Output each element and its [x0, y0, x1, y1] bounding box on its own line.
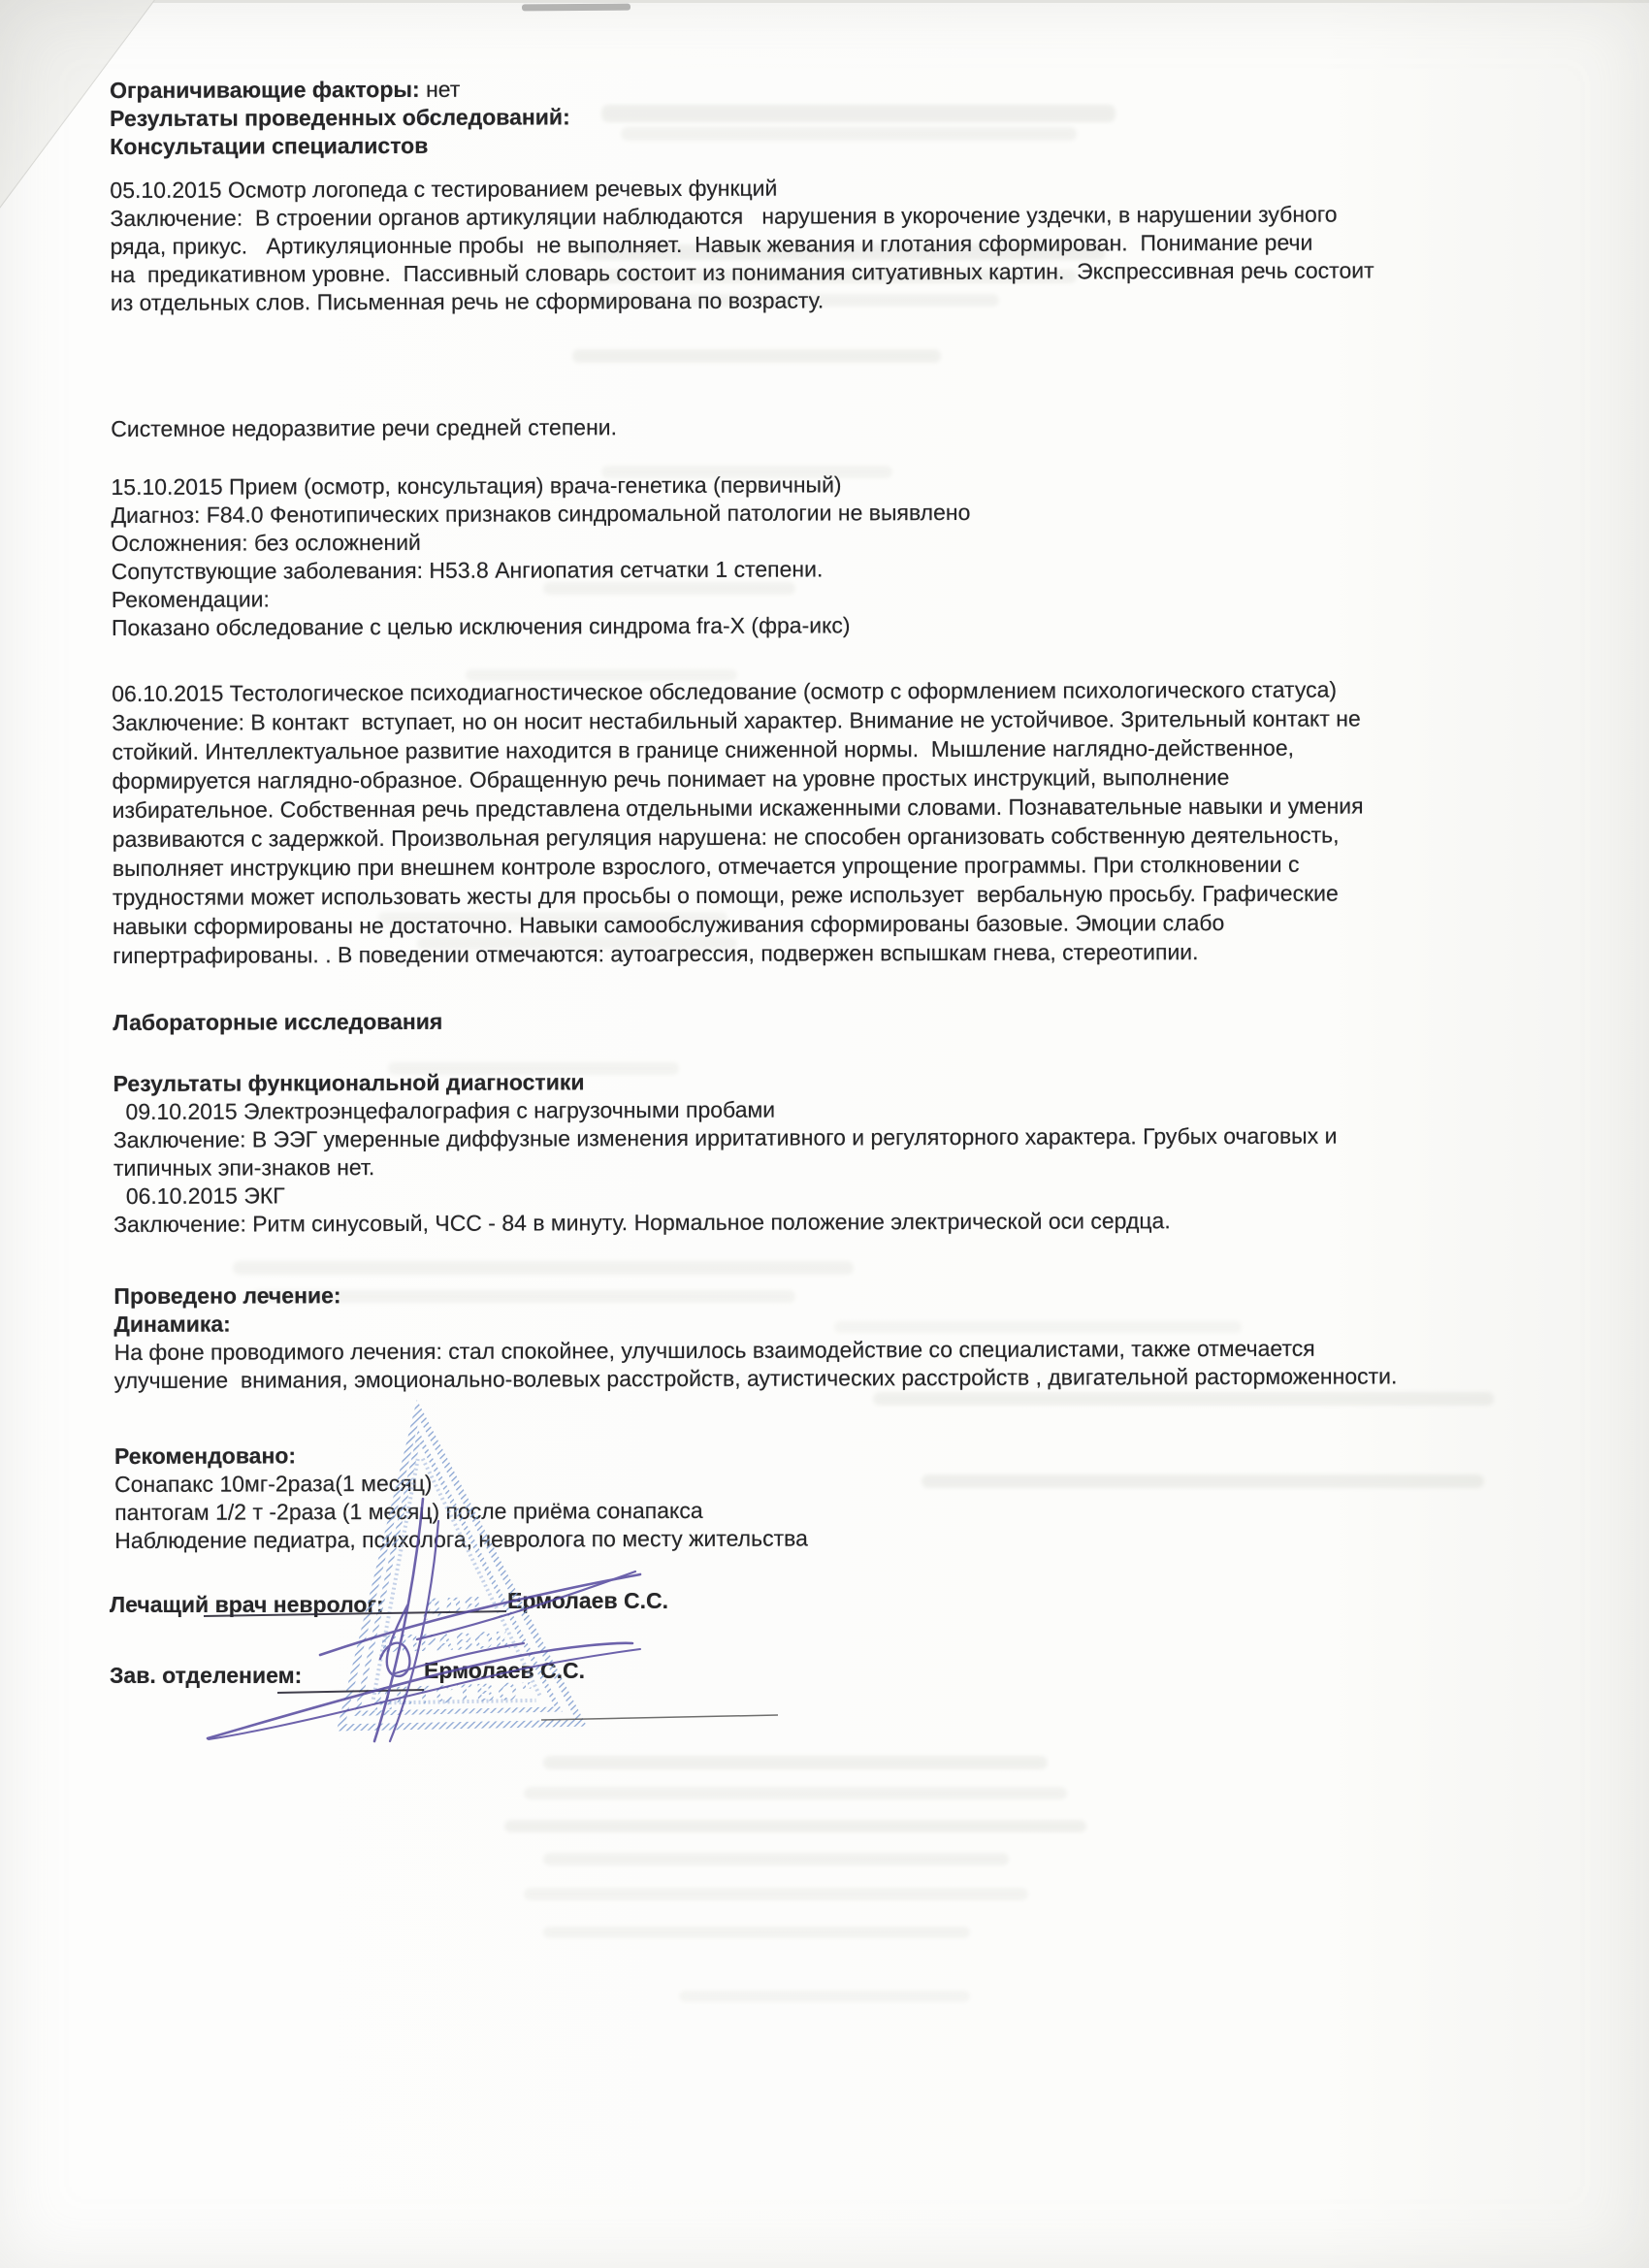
attending-doctor-label: Лечащий врач невролог:	[110, 1592, 384, 1618]
document-body: Ограничивающие факторы: нет Результаты п…	[110, 72, 1608, 1555]
speech-exam-line: из отдельных слов. Письменная речь не сф…	[111, 284, 1604, 317]
scanned-medical-report-page: Ограничивающие факторы: нет Результаты п…	[0, 0, 1649, 2268]
treatment-block: Проведено лечение: Динамика: На фоне про…	[113, 1278, 1607, 1395]
genetic-exam-block: 15.10.2015 Прием (осмотр, консультация) …	[111, 469, 1605, 642]
stray-rule	[541, 1715, 778, 1720]
psych-exam-line: гипертрафированы. . В поведении отмечают…	[113, 936, 1606, 970]
recommendation-line: Наблюдение педиатра, психолога, невролог…	[114, 1522, 1608, 1555]
speech-exam-block: 05.10.2015 Осмотр логопеда с тестировани…	[110, 172, 1603, 317]
speech-summary: Системное недоразвитие речи средней степ…	[111, 410, 1604, 443]
scan-smudge	[522, 4, 630, 12]
lab-heading: Лабораторные исследования	[113, 1004, 1606, 1037]
limiting-factors-value: нет	[420, 77, 461, 102]
consultations-heading: Консультации специалистов	[110, 128, 1603, 161]
stamp-microtext-bottom	[380, 1698, 536, 1706]
department-head-label: Зав. отделением:	[110, 1663, 302, 1689]
genetic-exam-line: Показано обследование с целью исключения…	[112, 609, 1605, 642]
recommendations-block: Рекомендовано: Сонапакс 10мг-2раза(1 мес…	[114, 1438, 1608, 1555]
stamp-text-spravok: СПРАВОК	[381, 1627, 513, 1659]
psych-exam-block: 06.10.2015 Тестологическое психодиагност…	[112, 674, 1606, 970]
scan-top-edge	[0, 0, 1649, 3]
limiting-factors-label: Ограничивающие факторы:	[110, 77, 420, 103]
func-diag-line: Заключение: Ритм синусовый, ЧСС - 84 в м…	[113, 1206, 1607, 1239]
department-head-name: Ермолаев С.С.	[424, 1658, 585, 1684]
attending-doctor-name: Ермолаев С.С.	[507, 1588, 668, 1614]
functional-diagnostics-block: Результаты функциональной диагностики 09…	[113, 1065, 1608, 1239]
head-signature-rule	[277, 1690, 424, 1693]
treatment-line: улучшение внимания, эмоционально-волевых…	[114, 1362, 1608, 1395]
stamp-text-dlya: для	[423, 1587, 484, 1621]
